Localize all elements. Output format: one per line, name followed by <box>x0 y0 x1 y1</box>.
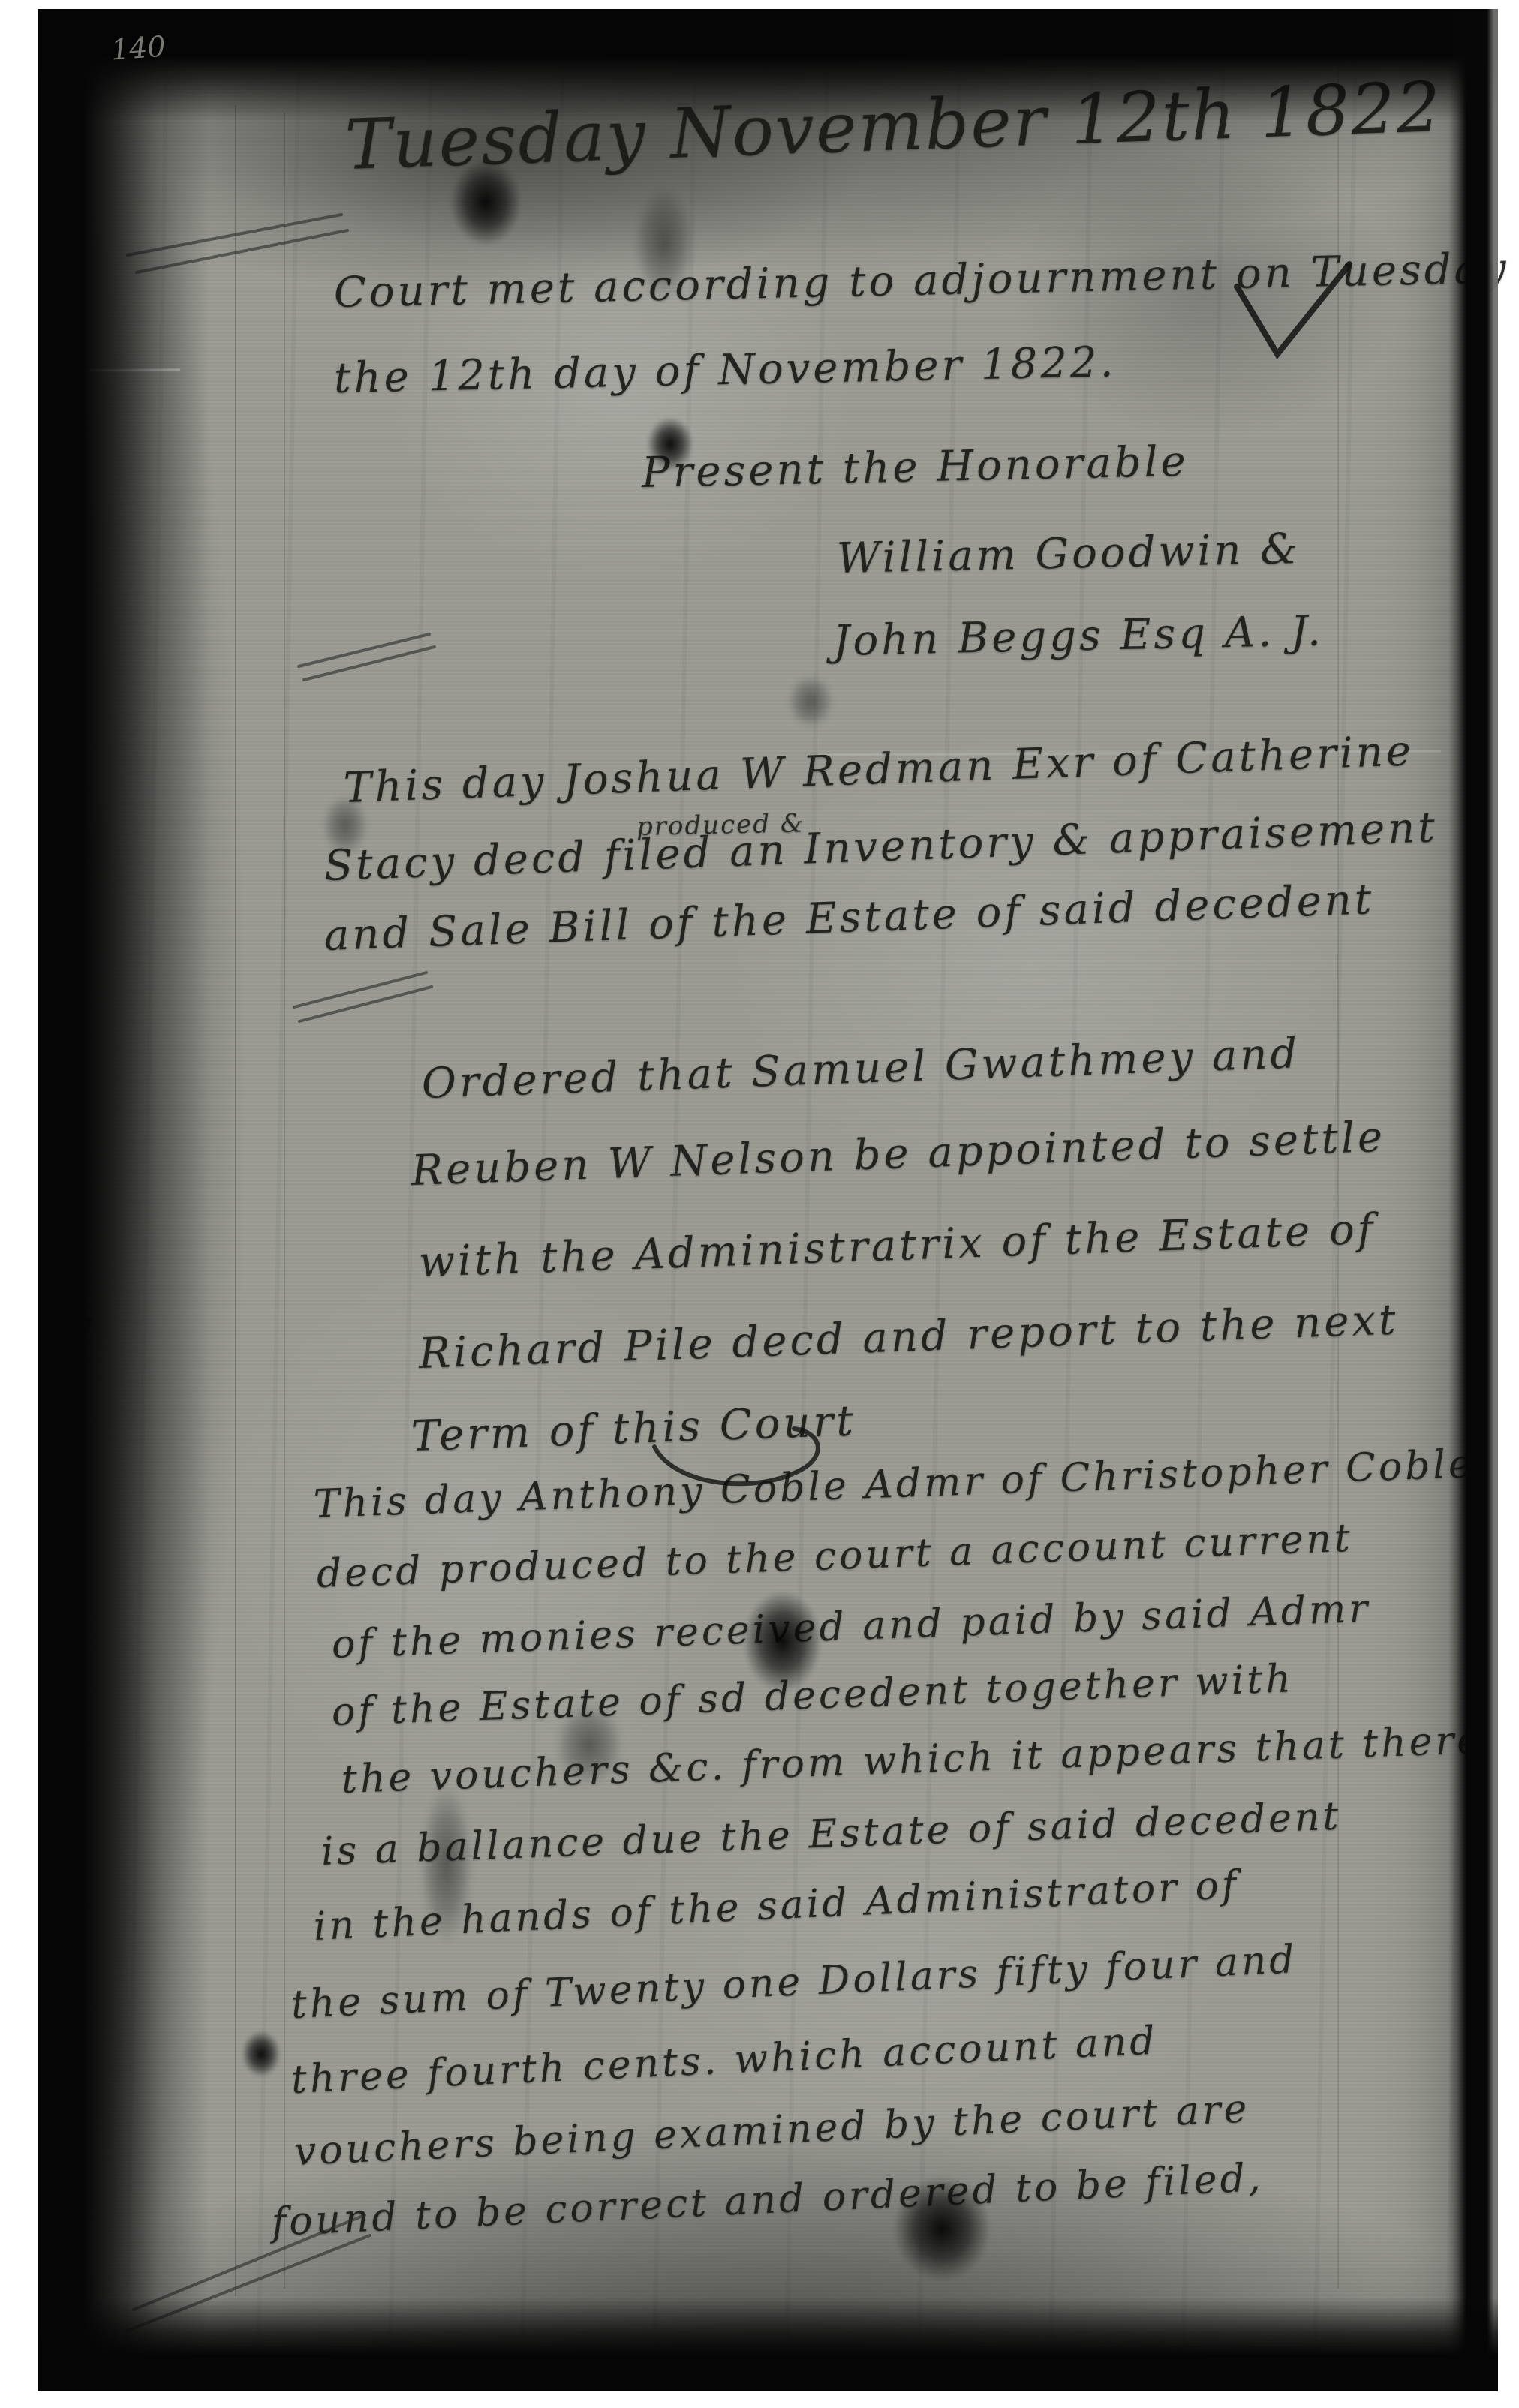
ink-blot <box>242 2031 281 2077</box>
ink-blot <box>450 159 522 245</box>
margin-rule-line <box>284 113 285 2289</box>
ink-blot <box>555 1703 623 1786</box>
session-line: John Beggs Esq A. J. <box>832 606 1324 666</box>
ink-smear <box>420 1786 473 1944</box>
scanned-court-record: Tuesday November 12th 1822 Court met acc… <box>0 0 1519 2408</box>
ink-blot <box>647 417 693 471</box>
right-rule-line <box>1337 68 1339 2289</box>
ink-blot <box>743 1591 822 1692</box>
ink-blot <box>788 675 833 728</box>
page-number: 140 <box>110 30 167 67</box>
ink-blot <box>323 795 368 855</box>
margin-rule-line <box>235 105 236 2296</box>
ink-blot <box>634 188 694 300</box>
ink-blot <box>893 2176 991 2281</box>
session-line: William Goodwin & <box>836 525 1301 583</box>
